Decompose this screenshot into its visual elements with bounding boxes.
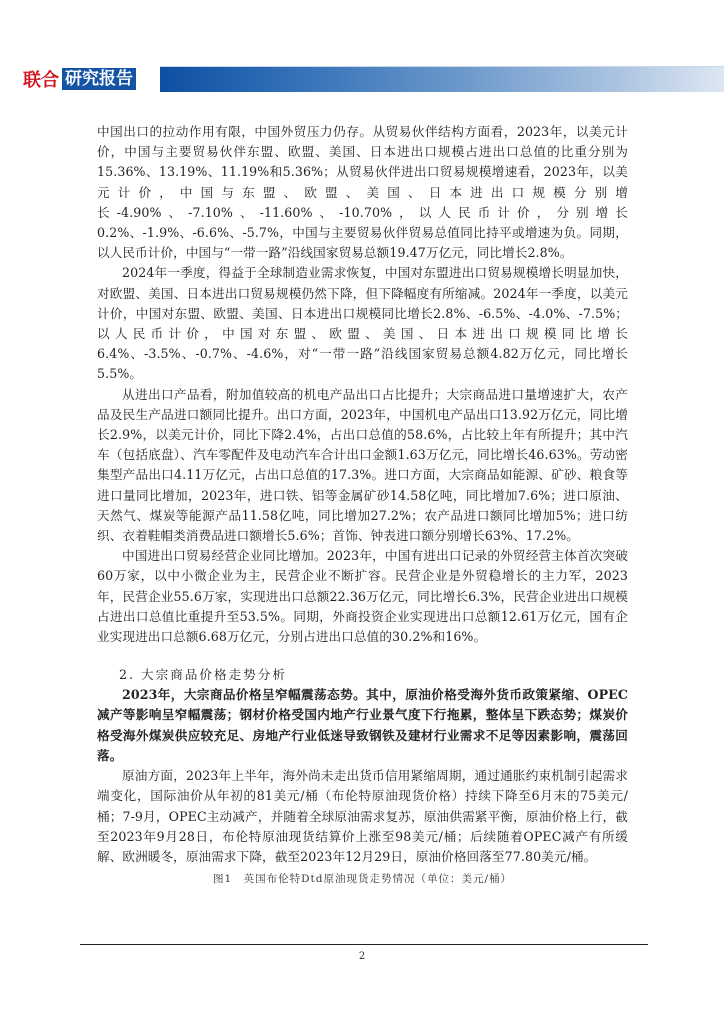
report-header: 联合 研究报告: [0, 66, 724, 92]
logo: 联合 研究报告: [23, 67, 136, 91]
logo-blue-text: 研究报告: [62, 68, 136, 90]
paragraph-enterprises: 中国进出口贸易经营企业同比增加。2023年，中国有进出口记录的外贸经营主体首次突…: [97, 546, 628, 647]
footer-divider: [80, 944, 648, 945]
header-banner: [160, 66, 724, 92]
paragraph-crude-oil: 原油方面，2023年上半年，海外尚未走出货币信用紧缩周期，通过通胀约束机制引起需…: [97, 766, 628, 867]
logo-red-text: 联合: [23, 66, 59, 92]
paragraph-products: 从进出口产品看，附加值较高的机电产品出口占比提升；大宗商品进口量增速扩大，农产品…: [97, 385, 628, 547]
section-title: 2. 大宗商品价格走势分析: [119, 665, 628, 685]
paragraph-2024-q1: 2024年一季度，得益于全球制造业需求恢复，中国对东盟进出口贸易规模增长明显加快…: [97, 263, 628, 384]
figure-caption: 图1 英国布伦特Dtd原油现货走势情况（单位：美元/桶）: [97, 871, 628, 886]
page-number: 2: [0, 951, 724, 962]
document-body: 中国出口的拉动作用有限，中国外贸压力仍存。从贸易伙伴结构方面看，2023年，以美…: [97, 122, 628, 886]
paragraph-trade-partners: 中国出口的拉动作用有限，中国外贸压力仍存。从贸易伙伴结构方面看，2023年，以美…: [97, 122, 628, 263]
section-summary: 2023年，大宗商品价格呈窄幅震荡态势。其中，原油价格受海外货币政策紧缩、OPE…: [97, 685, 628, 766]
